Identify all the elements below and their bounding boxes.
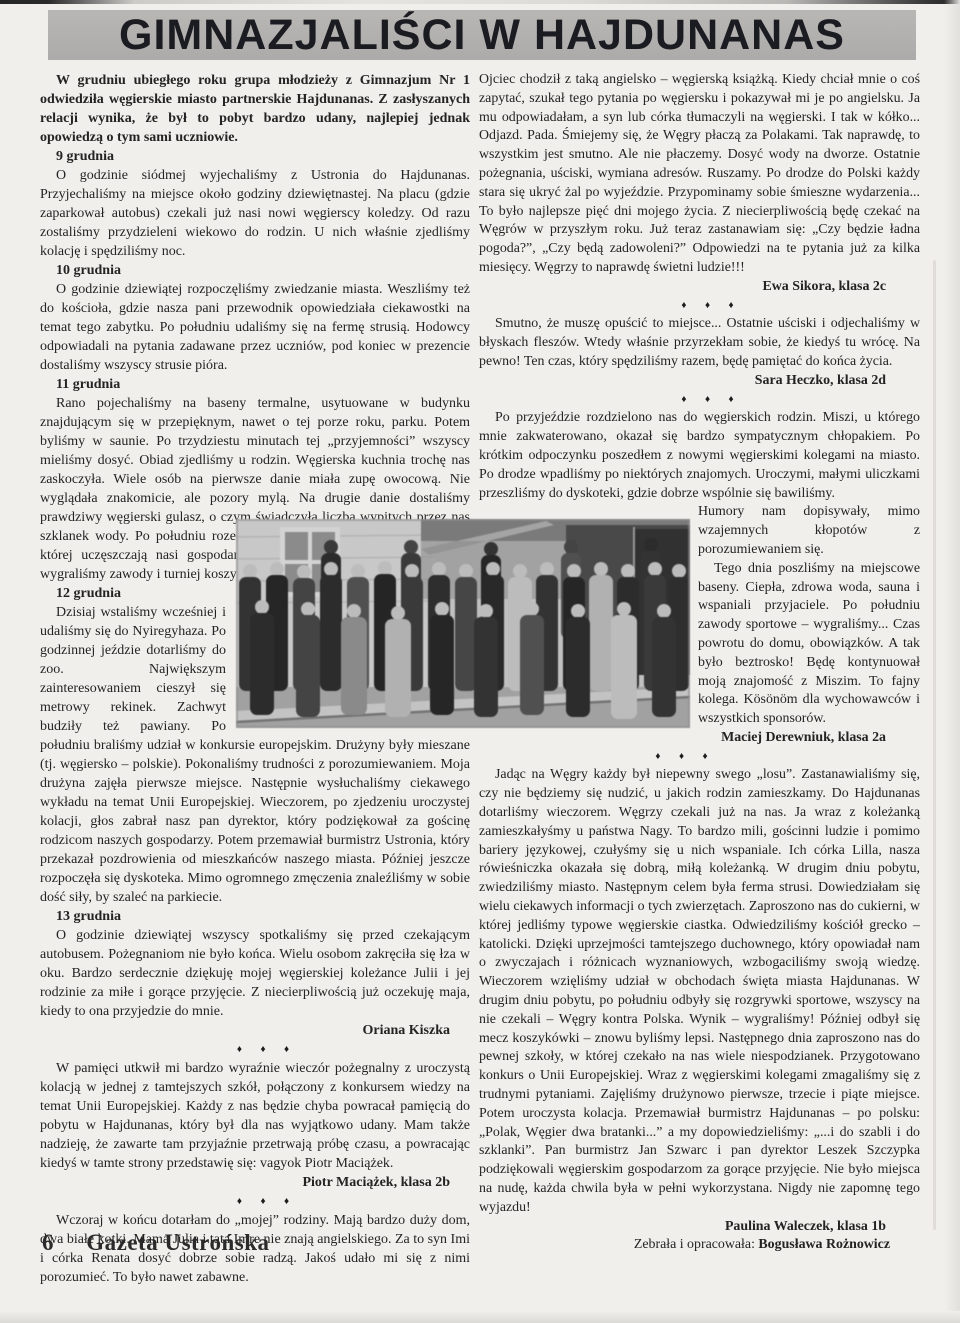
newspaper-page: GIMNAZJALIŚCI W HAJDUNANAS W grudniu ubi… (0, 0, 960, 1323)
editor-credit: Zebrała i opracowała: Bogusława Rożnowic… (479, 1236, 920, 1255)
diary-heading-10-grudnia: 10 grudnia (40, 261, 470, 280)
diary-text-9-grudnia: O godzinie siódmej wyjechaliśmy z Ustron… (40, 166, 470, 261)
signature-sara: Sara Heczko, klasa 2d (479, 372, 920, 391)
memoir-ewa: Ojciec chodził z taką angielsko – węgier… (479, 71, 920, 278)
section-separator: ♦ ♦ ♦ (453, 748, 894, 767)
scan-bottom-edge-shade (0, 1311, 960, 1323)
article-headline: GIMNAZJALIŚCI W HAJDUNANAS (119, 11, 845, 59)
intro-paragraph: W grudniu ubiegłego roku grupa młodzieży… (40, 71, 470, 147)
diary-text-13-grudnia: O godzinie dziewiątej wszyscy spotkaliśm… (40, 926, 470, 1021)
publication-name: Gazeta Ustrońska (86, 1230, 269, 1255)
page-footer: 6 Gazeta Ustrońska (42, 1230, 270, 1256)
memoir-sara: Smutno, że muszę opuścić to miejsce... O… (479, 315, 920, 371)
memoir-maciej-part1: Po przyjeździe rozdzielono nas do węgier… (479, 409, 920, 503)
section-separator: ♦ ♦ ♦ (479, 297, 920, 316)
section-separator: ♦ ♦ ♦ (40, 1192, 470, 1211)
signature-paulina: Paulina Waleczek, klasa 1b (479, 1218, 920, 1237)
diary-heading-9-grudnia: 9 grudnia (40, 147, 470, 166)
section-separator: ♦ ♦ ♦ (40, 1040, 470, 1059)
diary-text-10-grudnia: O godzinie dziewiątej rozpoczęliśmy zwie… (40, 280, 470, 375)
signature-oriana: Oriana Kiszka (40, 1021, 470, 1040)
memoir-paulina: Jadąc na Węgry każdy był niepewny swego … (479, 766, 920, 1217)
group-photo (236, 519, 690, 728)
headline-banner: GIMNAZJALIŚCI W HAJDUNANAS (48, 10, 916, 60)
credit-label: Zebrała i opracowała: (634, 1237, 755, 1252)
scan-top-edge-artifact (0, 0, 960, 4)
scan-right-edge-shade (944, 0, 960, 1323)
memoir-piotr: W pamięci utkwił mi bardzo wyraźnie wiec… (40, 1059, 470, 1173)
scan-fold-streak (933, 260, 936, 1230)
diary-heading-11-grudnia: 11 grudnia (40, 375, 470, 394)
signature-piotr: Piotr Maciążek, klasa 2b (40, 1173, 470, 1192)
page-number: 6 (42, 1230, 54, 1255)
signature-ewa: Ewa Sikora, klasa 2c (479, 278, 920, 297)
section-separator: ♦ ♦ ♦ (479, 391, 920, 410)
diary-heading-13-grudnia: 13 grudnia (40, 907, 470, 926)
credit-name: Bogusława Rożnowicz (758, 1237, 890, 1252)
